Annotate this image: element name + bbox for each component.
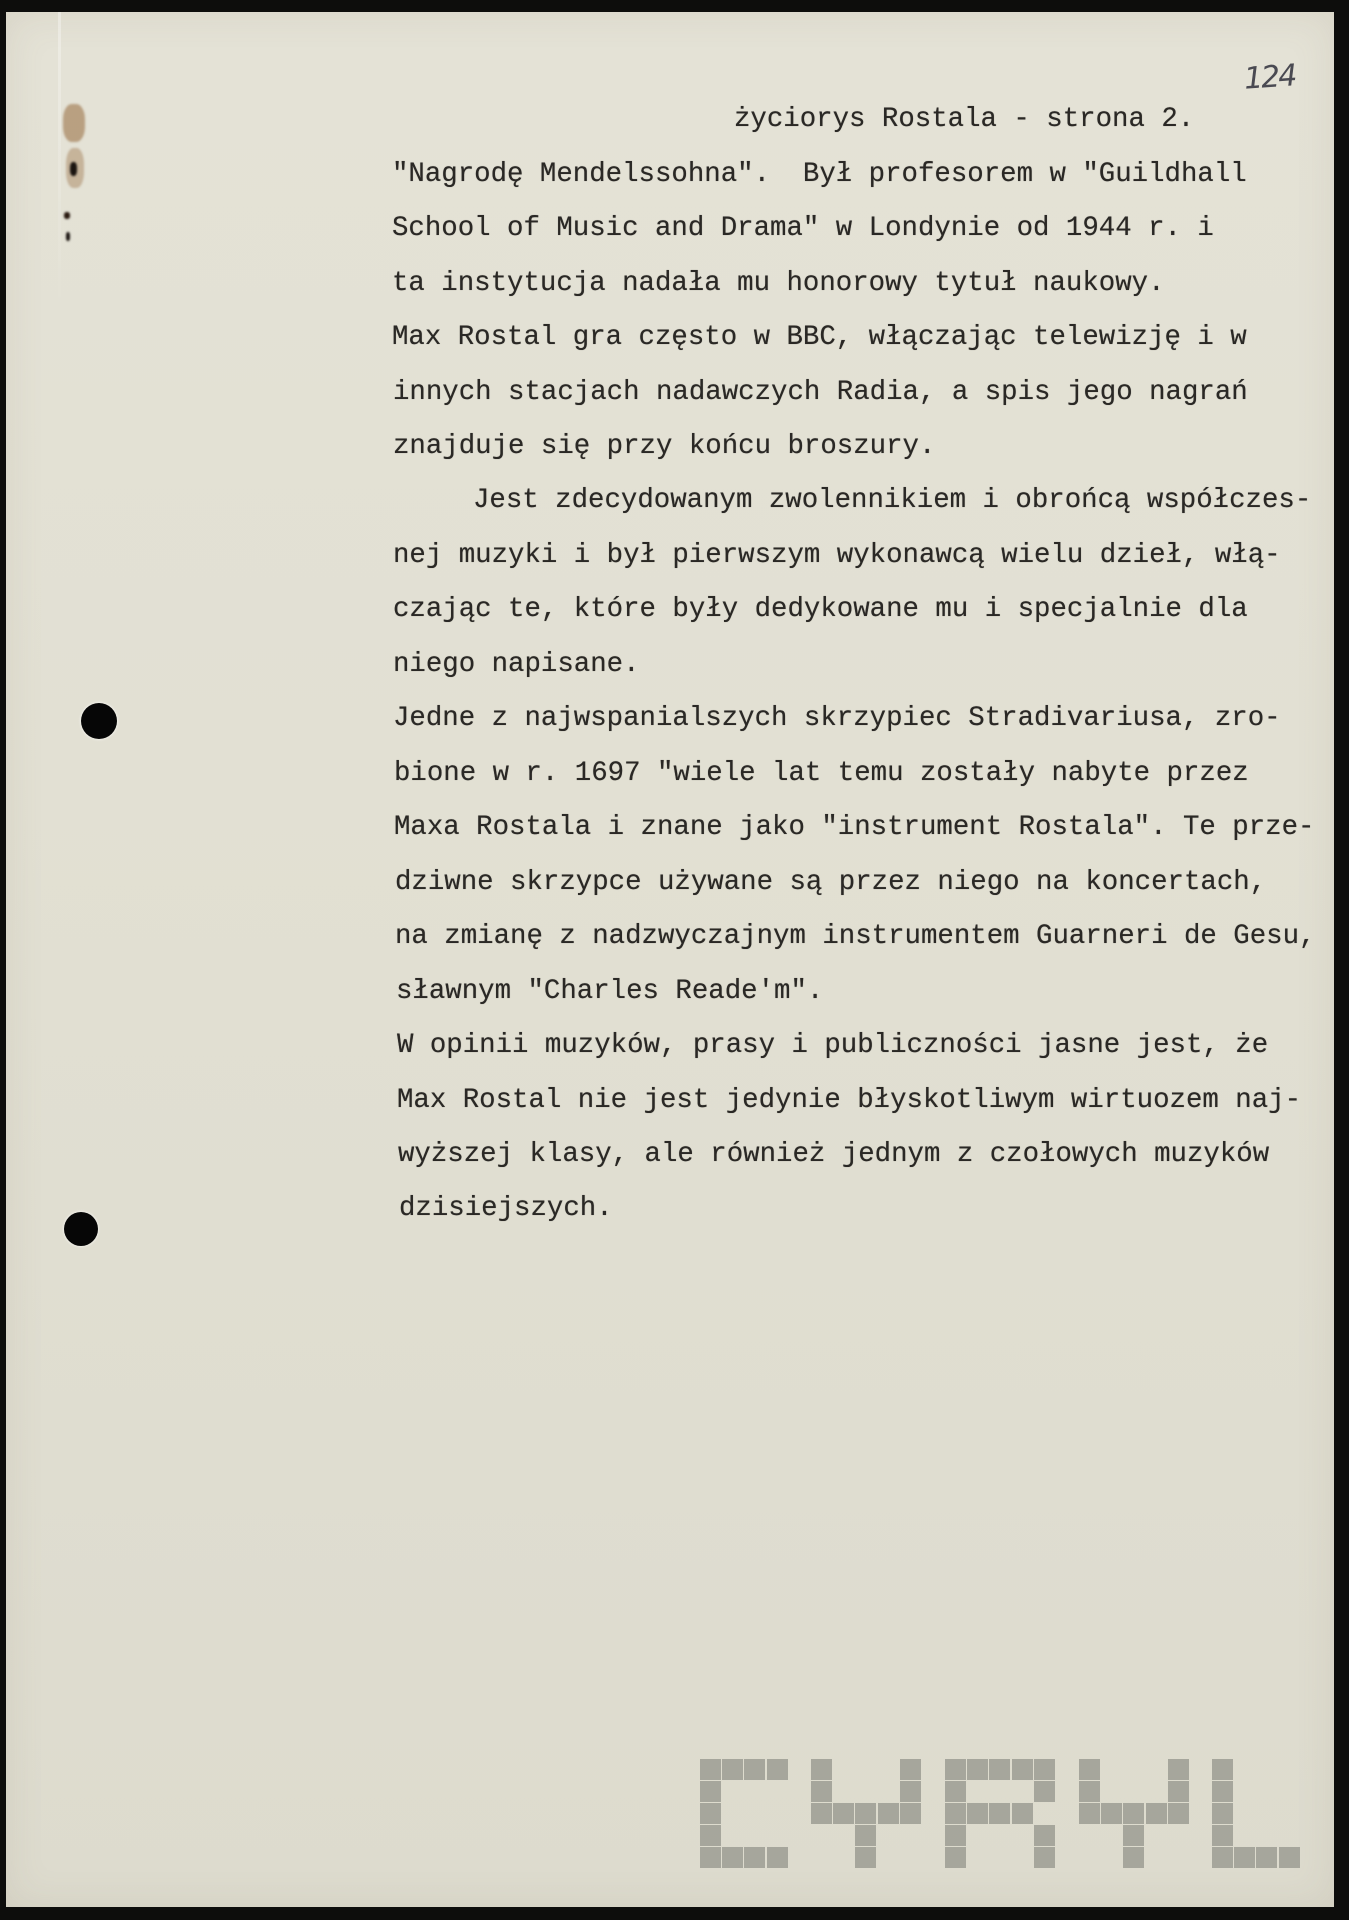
logo-block: [1079, 1781, 1100, 1802]
logo-block: [722, 1847, 743, 1868]
logo-block: [1168, 1759, 1189, 1780]
logo-block: [1012, 1803, 1033, 1824]
logo-block: [989, 1803, 1010, 1824]
logo-block: [811, 1759, 832, 1780]
logo-block: [1012, 1759, 1033, 1780]
logo-block: [967, 1759, 988, 1780]
typed-line: Jest zdecydowanym zwolennikiem i obrońcą…: [473, 487, 1311, 514]
logo-block: [700, 1781, 721, 1802]
staple-mark: [70, 162, 77, 176]
paper-fold-highlight: [58, 12, 61, 312]
typed-line: dzisiejszych.: [399, 1195, 613, 1222]
logo-block: [1168, 1781, 1189, 1802]
logo-block: [811, 1803, 832, 1824]
staple-mark: [64, 212, 70, 219]
typed-line: na zmianę z nadzwyczajnym instrumentem G…: [395, 923, 1315, 950]
logo-block: [1234, 1847, 1255, 1868]
typed-line: znajduje się przy końcu broszury.: [393, 433, 935, 460]
typed-line: innych stacjach nadawczych Radia, a spis…: [393, 379, 1248, 406]
logo-block: [855, 1847, 876, 1868]
logo-block: [900, 1781, 921, 1802]
logo-block: [967, 1803, 988, 1824]
logo-block: [1168, 1803, 1189, 1824]
logo-block: [900, 1759, 921, 1780]
logo-block: [700, 1825, 721, 1846]
rust-stain: [63, 104, 85, 142]
typed-line: ta instytucja nadała mu honorowy tytuł n…: [392, 270, 1165, 297]
logo-block: [1212, 1847, 1233, 1868]
logo-block: [700, 1803, 721, 1824]
typed-line: dziwne skrzypce używane są przez niego n…: [395, 869, 1266, 896]
logo-block: [855, 1803, 876, 1824]
logo-block: [945, 1847, 966, 1868]
typed-line: nej muzyki i był pierwszym wykonawcą wie…: [393, 542, 1281, 569]
logo-block: [1034, 1759, 1055, 1780]
handwritten-page-number: 124: [1243, 58, 1297, 96]
logo-block: [1279, 1847, 1300, 1868]
logo-block: [700, 1759, 721, 1780]
logo-block: [945, 1825, 966, 1846]
logo-block: [1079, 1759, 1100, 1780]
punch-hole: [64, 1212, 98, 1246]
typed-line: sławnym "Charles Reade'm".: [396, 978, 823, 1005]
logo-block: [767, 1759, 788, 1780]
logo-block: [833, 1803, 854, 1824]
logo-block: [855, 1825, 876, 1846]
typed-line: Maxa Rostala i znane jako "instrument Ro…: [394, 814, 1314, 841]
typed-line: "Nagrodę Mendelssohna". Był profesorem w…: [392, 161, 1247, 188]
logo-block: [1034, 1781, 1055, 1802]
logo-block: [811, 1781, 832, 1802]
logo-block: [878, 1803, 899, 1824]
logo-block: [1212, 1825, 1233, 1846]
typed-line: wyższej klasy, ale również jednym z czoł…: [398, 1141, 1269, 1168]
logo-block: [1256, 1847, 1277, 1868]
logo-block: [744, 1847, 765, 1868]
typed-line: czając te, które były dedykowane mu i sp…: [393, 596, 1248, 623]
logo-block: [945, 1759, 966, 1780]
punch-hole: [81, 703, 117, 739]
logo-block: [1212, 1781, 1233, 1802]
typed-line: Max Rostal gra często w BBC, włączając t…: [392, 324, 1247, 351]
logo-block: [1123, 1847, 1144, 1868]
logo-block: [1034, 1825, 1055, 1846]
logo-block: [1123, 1803, 1144, 1824]
logo-block: [900, 1803, 921, 1824]
page-header: życiorys Rostala - strona 2.: [734, 106, 1194, 133]
logo-block: [1034, 1847, 1055, 1868]
logo-block: [945, 1781, 966, 1802]
logo-block: [945, 1803, 966, 1824]
logo-block: [744, 1759, 765, 1780]
logo-block: [1101, 1803, 1122, 1824]
logo-block: [1123, 1825, 1144, 1846]
logo-block: [700, 1847, 721, 1868]
typed-line: Jedne z najwspanialszych skrzypiec Strad…: [393, 705, 1281, 732]
typed-line: bione w r. 1697 "wiele lat temu zostały …: [394, 760, 1249, 787]
logo-block: [767, 1847, 788, 1868]
logo-block: [1079, 1803, 1100, 1824]
typed-line: niego napisane.: [393, 651, 640, 678]
logo-block: [1146, 1803, 1167, 1824]
logo-block: [989, 1759, 1010, 1780]
staple-mark: [66, 232, 70, 241]
typed-line: School of Music and Drama" w Londynie od…: [392, 215, 1214, 242]
logo-block: [722, 1759, 743, 1780]
logo-block: [1212, 1803, 1233, 1824]
typed-line: Max Rostal nie jest jedynie błyskotliwym…: [397, 1087, 1301, 1114]
typed-line: W opinii muzyków, prasy i publiczności j…: [397, 1032, 1268, 1059]
logo-block: [1212, 1759, 1233, 1780]
